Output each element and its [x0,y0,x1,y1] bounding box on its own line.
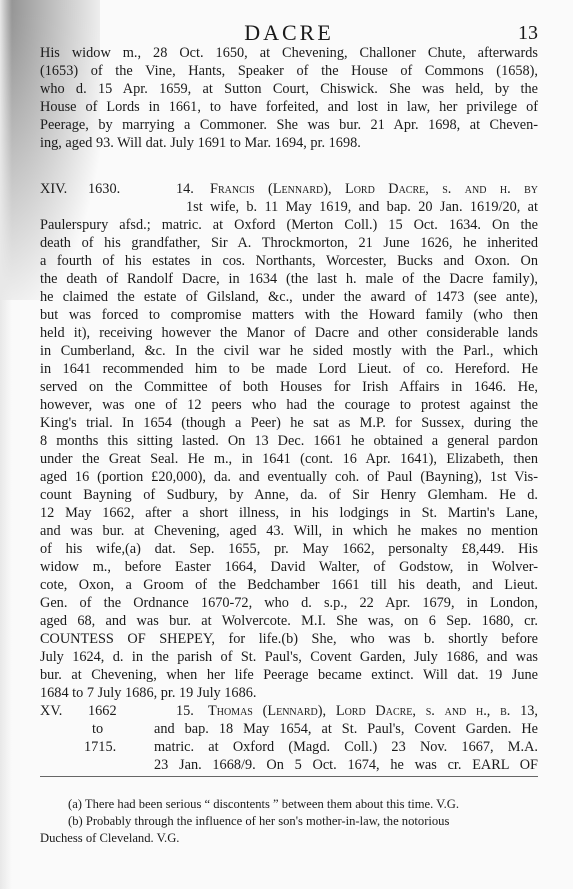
entry-year-start: 1662 [88,702,117,720]
text-line: served on the Committee of both Houses f… [40,378,538,396]
footnote-mark: (a) [68,797,82,811]
text-line: and was bur. at Chevening, aged 43. Will… [40,522,538,540]
footnote-a: (a) There had been serious “ discontents… [40,796,538,813]
text-line: of his wife,(a) dat. Sep. 1655, pr. May … [40,540,538,558]
text-line: His widow m., 28 Oct. 1650, at Chevening… [40,44,538,62]
entry-year: 1630. [88,180,120,198]
running-header: DACRE 13 [40,20,538,46]
footnote-text: Probably through the influence of her so… [86,814,450,828]
text-line: who d. 15 Apr. 1659, at Sutton Court, Ch… [40,80,538,98]
text-line: death of his grandfather, Sir A. Throckm… [40,234,538,252]
text-line: held it), receiving however the Manor of… [40,324,538,342]
text-line: and bap. 18 May 1654, at St. Paul's, Cov… [154,720,538,738]
text-line: 23 Jan. 1668/9. On 5 Oct. 1674, he was c… [154,756,538,774]
text-line: matric. at Oxford (Magd. Coll.) 23 Nov. … [154,738,538,756]
footnote-b: (b) Probably through the influence of he… [40,813,538,830]
page-title: DACRE [40,20,538,46]
entry-year-end: 1715. [84,738,116,756]
text-line: but was forced to compromise matters wit… [40,306,538,324]
text-line: 1st wife, b. 11 May 1619, and bap. 20 Ja… [186,198,538,216]
text-line: COUNTESS OF SHEPEY, for life.(b) She, wh… [40,630,538,648]
text-line: cote, Oxon, a Groom of the Bedchamber 16… [40,576,538,594]
footnote-text: There had been serious “ discontents ” b… [85,797,459,811]
text-line: widow m., before Easter 1664, David Walt… [40,558,538,576]
entry-xiv: XIV. 1630. 14. Francis (Lennard), Lord D… [40,180,538,702]
footnote-b-continuation: Duchess of Cleveland. V.G. [40,830,538,847]
intro-paragraph: His widow m., 28 Oct. 1650, at Chevening… [40,44,538,152]
text-line: in 1641 recommended him to be made Lord … [40,360,538,378]
entry-number: 15. [176,702,194,720]
text-line: in Cumberland, &c. In the civil war he s… [40,342,538,360]
footnote-divider [40,776,538,777]
entry-heading: Thomas (Lennard), Lord Dacre, s. and h.,… [208,702,538,720]
text-line: aged 16 (portion £20,000), da. and event… [40,468,538,486]
text-line: King's trial. In 1654 (though a Peer) he… [40,414,538,432]
footnote-mark: (b) [68,814,83,828]
text-line: bur. at Chevening, when her life Peerage… [40,666,538,684]
text-line: under the Great Seal. He m., in 1641 (co… [40,450,538,468]
footnotes: (a) There had been serious “ discontents… [40,796,538,847]
text-line: count Bayning of Sudbury, by Anne, da. o… [40,486,538,504]
entry-numeral: XIV. [40,180,67,198]
text-line: (1653) of the Vine, Hants, Speaker of th… [40,62,538,80]
text-line: Peerage, by marrying a Commoner. She was… [40,116,538,134]
text-line: Paulerspury afsd.; matric. at Oxford (Me… [40,216,538,234]
text-line: 1684 to 7 July 1686, pr. 19 July 1686. [40,684,256,702]
text-line: ing, aged 93. Will dat. July 1691 to Mar… [40,134,538,152]
text-line: 12 May 1662, after a short illness, in h… [40,504,538,522]
entry-heading: Francis (Lennard), Lord Dacre, s. and h.… [210,180,538,198]
page-edge [0,0,12,889]
entry-year-to: to [92,720,103,738]
text-line: he claimed the estate of Gilsland, &c., … [40,288,538,306]
page-number: 13 [518,22,538,45]
text-line: a fourth of his estates in cos. Northant… [40,252,538,270]
entry-number: 14. [176,180,194,198]
text-line: House of Lords in 1661, to have forfeite… [40,98,538,116]
text-line: aged 68, and was bur. at Wolvercote. M.I… [40,612,538,630]
entry-numeral: XV. [40,702,62,720]
text-line: however, was one of 12 peers who had the… [40,396,538,414]
entry-xv: XV. 1662 15. Thomas (Lennard), Lord Dacr… [40,702,538,774]
text-line: Gen. of the Ordnance 1670-72, who d. s.p… [40,594,538,612]
text-line: July 1624, d. in the parish of St. Paul'… [40,648,538,666]
text-line: 8 months this sitting lasted. On 13 Dec.… [40,432,538,450]
text-line: the death of Randolf Dacre, in 1634 (the… [40,270,538,288]
